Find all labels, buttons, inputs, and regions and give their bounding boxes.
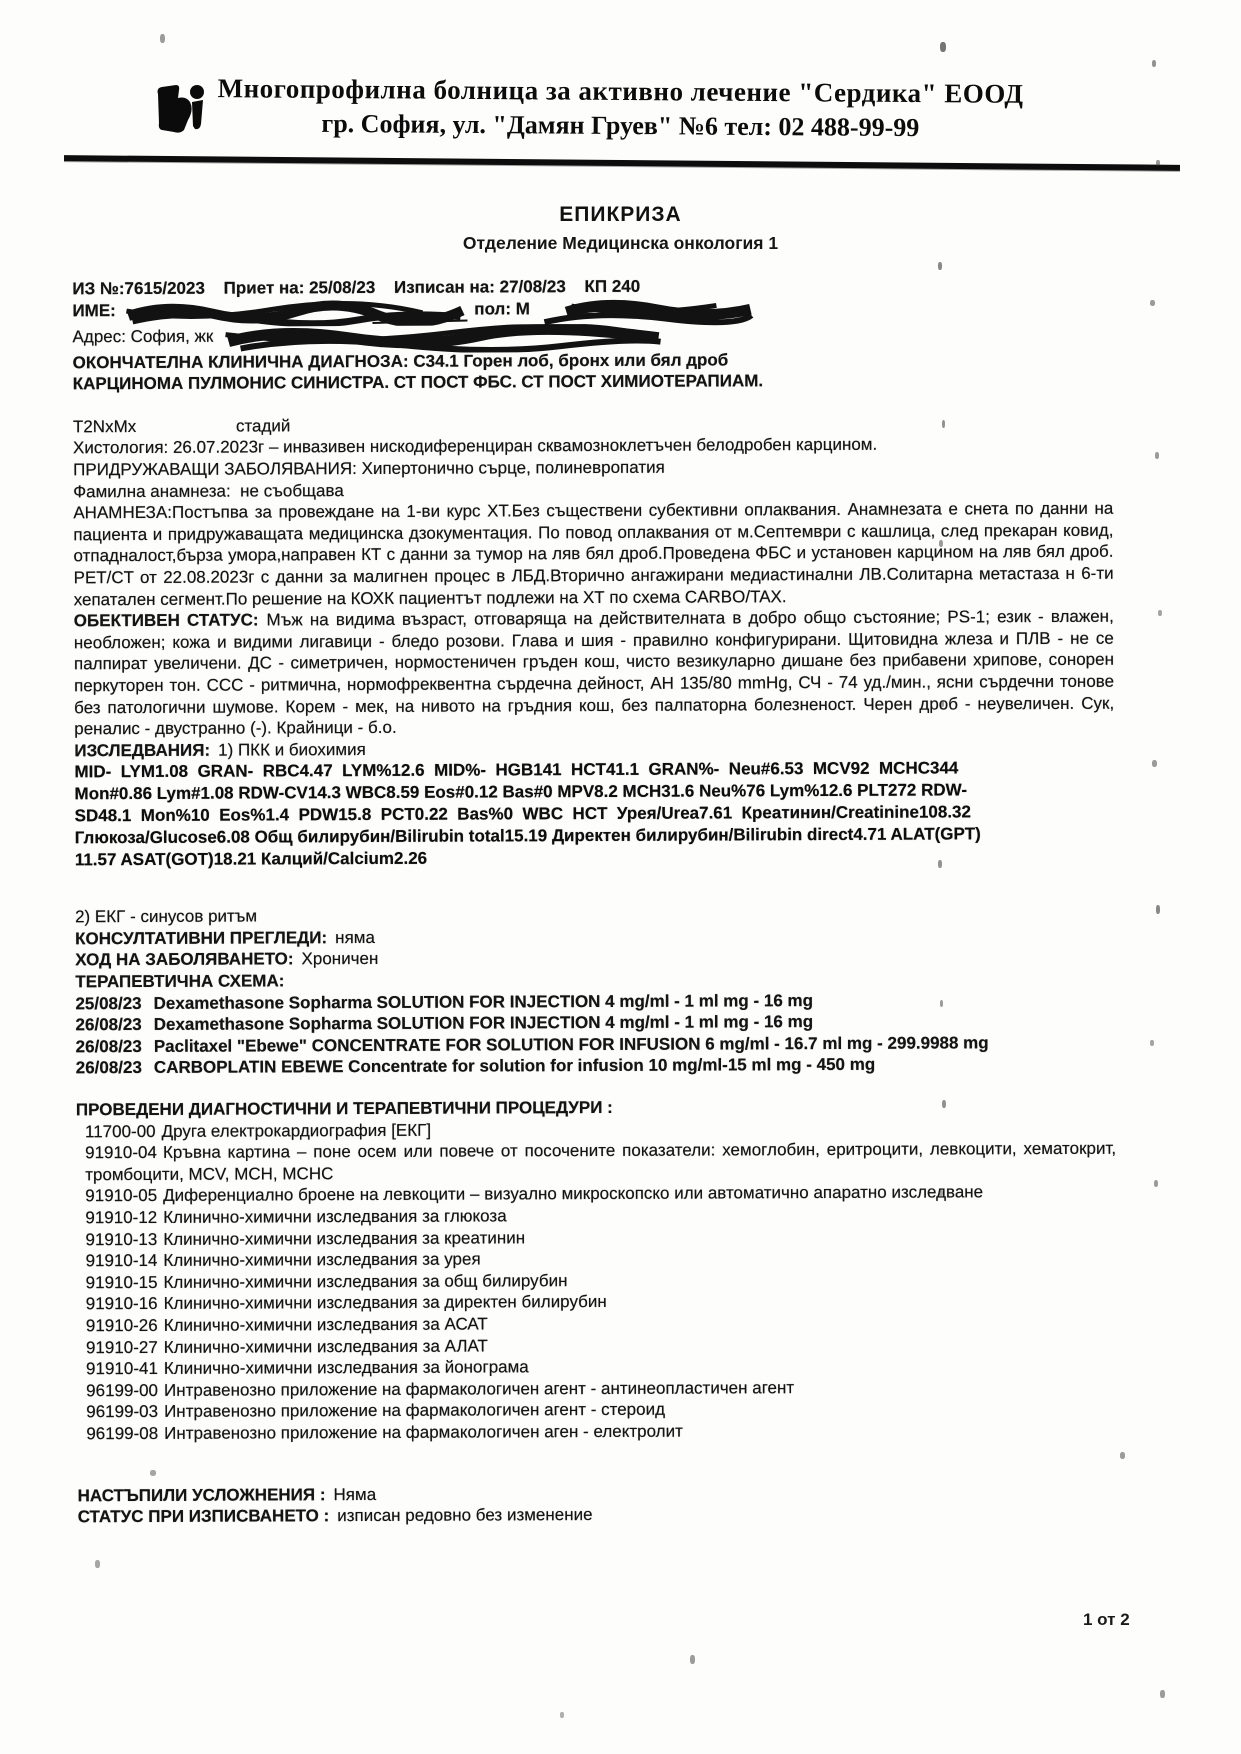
therapy-date: 26/08/23 (76, 1058, 142, 1077)
scan-noise (560, 1712, 564, 1718)
procedure-code: 91910-14 (86, 1251, 158, 1270)
scan-noise (95, 1560, 100, 1568)
procedure-text: Интравенозно приложение на фармакологиче… (164, 1400, 665, 1421)
tnm-stage: T2NxMx (73, 417, 136, 436)
family-history-label: Фамилна анамнеза: (73, 481, 231, 501)
procedure-code: 91910-13 (85, 1230, 157, 1249)
scan-noise (1155, 452, 1159, 459)
labs-label: ИЗСЛЕДВАНИЯ: (74, 740, 210, 760)
letterhead: Многопрофилна болница за активно лечение… (0, 70, 1241, 148)
address-field: Адрес: София, жк (72, 326, 213, 346)
procedure-code: 91910-16 (86, 1294, 158, 1313)
procedure-code: 11700-00 (85, 1122, 156, 1141)
course-value: Хроничен (301, 949, 378, 968)
comorbidities-value: Хипертонично сърце, полиневропатия (362, 458, 665, 478)
record-admitted: Приет на: 25/08/23 (224, 278, 376, 298)
scan-noise (1156, 160, 1160, 166)
procedure-code: 91910-27 (86, 1337, 158, 1356)
scan-noise (1152, 760, 1157, 767)
procedure-code: 96199-08 (86, 1424, 158, 1443)
procedure-code: 91910-26 (86, 1316, 158, 1335)
labs-line: 11.57 ASAT(GOT)18.21 Калций/Calcium2.26 (75, 845, 1115, 872)
record-kp: КП 240 (584, 277, 640, 296)
scan-noise (940, 1000, 943, 1007)
therapy-text: Dexamethasone Sopharma SOLUTION FOR INJE… (154, 991, 813, 1013)
scan-noise (1150, 300, 1155, 306)
scan-noise (150, 1470, 156, 1476)
scan-noise (1158, 610, 1162, 616)
stage-word: стадий (236, 416, 291, 435)
therapy-text: Dexamethasone Sopharma SOLUTION FOR INJE… (154, 1012, 813, 1034)
scan-noise (1152, 60, 1156, 67)
therapy-item: 26/08/23CARBOPLATIN EBEWE Concentrate fo… (76, 1053, 1101, 1079)
scan-noise (942, 420, 945, 428)
objective-status-label: ОБЕКТИВЕН СТАТУС: (74, 611, 259, 631)
scan-noise (938, 262, 942, 270)
redaction-scribble (537, 297, 755, 326)
scan-noise (939, 1190, 943, 1196)
header-divider (64, 155, 1180, 171)
therapy-text: CARBOPLATIN EBEWE Concentrate for soluti… (154, 1055, 875, 1077)
scan-noise (942, 1100, 946, 1108)
diagnosis-line2: КАРЦИНОМА ПУЛМОНИС СИНИСТРА. СТ ПОСТ ФБС… (73, 369, 1113, 395)
procedure-text: Друга електрокардиография [ЕКГ] (162, 1120, 432, 1140)
procedure-text: Клинично-химични изследвания за креатини… (163, 1228, 525, 1249)
procedure-text: Клинично-химични изследвания за урея (163, 1250, 480, 1270)
procedure-text: Клинично-химични изследвания за АЛАТ (164, 1336, 488, 1356)
complications-label: НАСТЪПИЛИ УСЛОЖНЕНИЯ : (78, 1485, 326, 1505)
page-number: 1 от 2 (1083, 1610, 1130, 1630)
therapy-date: 26/08/23 (76, 1037, 142, 1056)
procedure-text: Диференциално броене на левкоцити – визу… (163, 1183, 983, 1206)
procedure-text: Клинично-химични изследвания за директен… (164, 1292, 607, 1313)
final-diagnosis-value: C34.1 Горен лоб, бронх или бял дроб (413, 350, 728, 370)
comorbidities-label: ПРИДРУЖАВАЩИ ЗАБОЛЯВАНИЯ: (73, 459, 357, 479)
title-block: ЕПИКРИЗА Отделение Медицинска онкология … (0, 203, 1241, 254)
procedure-code: 91910-04 (85, 1143, 157, 1162)
discharge-status-label: СТАТУС ПРИ ИЗПИСВАНЕТО : (78, 1506, 330, 1526)
scan-noise (1160, 1690, 1165, 1698)
consults-label: КОНСУЛТАТИВНИ ПРЕГЛЕДИ: (75, 928, 327, 948)
scan-noise (941, 700, 944, 707)
name-label: ИМЕ: (72, 301, 115, 320)
procedure-text: Клинично-химични изследвания за глюкоза (163, 1206, 507, 1226)
procedure-code: 96199-03 (86, 1402, 158, 1421)
therapy-date: 25/08/23 (75, 994, 141, 1013)
procedure-item: 96199-08Интравенозно приложение на фарма… (77, 1419, 1117, 1445)
consults-value: няма (335, 928, 375, 947)
procedure-item: 91910-05Диференциално броене на левкоцит… (76, 1181, 1116, 1207)
scan-noise (1154, 1180, 1158, 1187)
complications-value: Няма (333, 1484, 376, 1503)
discharge-status-value: изписан редовно без изменение (337, 1505, 592, 1525)
department-subtitle: Отделение Медицинска онкология 1 (0, 233, 1241, 254)
procedure-code: 91910-41 (86, 1359, 158, 1378)
document-body: ИЗ №:7615/2023 Приет на: 25/08/23 Изписа… (72, 274, 1117, 1528)
scan-noise (1150, 1040, 1154, 1046)
course-label: ХОД НА ЗАБОЛЯВАНЕТО: (75, 950, 293, 970)
document-page: Многопрофилна болница за активно лечение… (0, 0, 1241, 1754)
procedure-text: Интравенозно приложение на фармакологиче… (164, 1422, 683, 1443)
discharge-status-line: СТАТУС ПРИ ИЗПИСВАНЕТО :изписан редовно … (78, 1502, 1118, 1528)
therapy-text: Paclitaxel "Ebewe" CONCENTRATE FOR SOLUT… (154, 1033, 989, 1056)
scan-noise (690, 1655, 695, 1664)
scan-noise (1120, 1452, 1125, 1459)
anamnesis-label: АНАМНЕЗА: (73, 503, 172, 522)
therapy-date: 26/08/23 (75, 1015, 141, 1034)
redaction-scribble (123, 300, 468, 328)
document-title: ЕПИКРИЗА (0, 203, 1241, 227)
procedure-code: 96199-00 (86, 1381, 158, 1400)
final-diagnosis-label: ОКОНЧАТЕЛНА КЛИНИЧНА ДИАГНОЗА: (73, 351, 409, 371)
scan-noise (939, 540, 943, 547)
procedure-code: 91910-12 (85, 1208, 157, 1227)
procedure-text: Кръвна картина – поне осем или повече от… (85, 1139, 1116, 1184)
procedure-text: Клинично-химични изследвания за йонограм… (164, 1357, 529, 1378)
procedure-code: 91910-05 (85, 1186, 157, 1205)
labs-sub: 1) ПКК и биохимия (218, 740, 366, 760)
anamnesis-text: Постъпва за провеждане на 1-ви курс ХТ.Б… (73, 499, 1113, 609)
scan-noise (1156, 905, 1160, 914)
procedure-text: Клинично-химични изследвания за АСАТ (164, 1314, 488, 1334)
sex-field: пол: М (474, 299, 530, 318)
procedure-item: 91910-04Кръвна картина – поне осем или п… (76, 1138, 1116, 1186)
objective-status-paragraph: ОБЕКТИВЕН СТАТУС:Мъж на видима възраст, … (74, 606, 1115, 740)
scan-noise (938, 860, 942, 868)
record-discharged: Изписан на: 27/08/23 (394, 277, 566, 297)
record-iz: ИЗ №:7615/2023 (72, 279, 205, 299)
scan-noise (160, 34, 165, 43)
procedure-code: 91910-15 (86, 1273, 158, 1292)
procedure-text: Клинично-химични изследвания за общ били… (163, 1271, 567, 1292)
scan-noise (940, 42, 946, 52)
procedure-text: Интравенозно приложение на фармакологиче… (164, 1378, 794, 1400)
anamnesis-paragraph: АНАМНЕЗА:Постъпва за провеждане на 1-ви … (73, 498, 1113, 611)
family-history-value: не съобщава (240, 481, 344, 500)
